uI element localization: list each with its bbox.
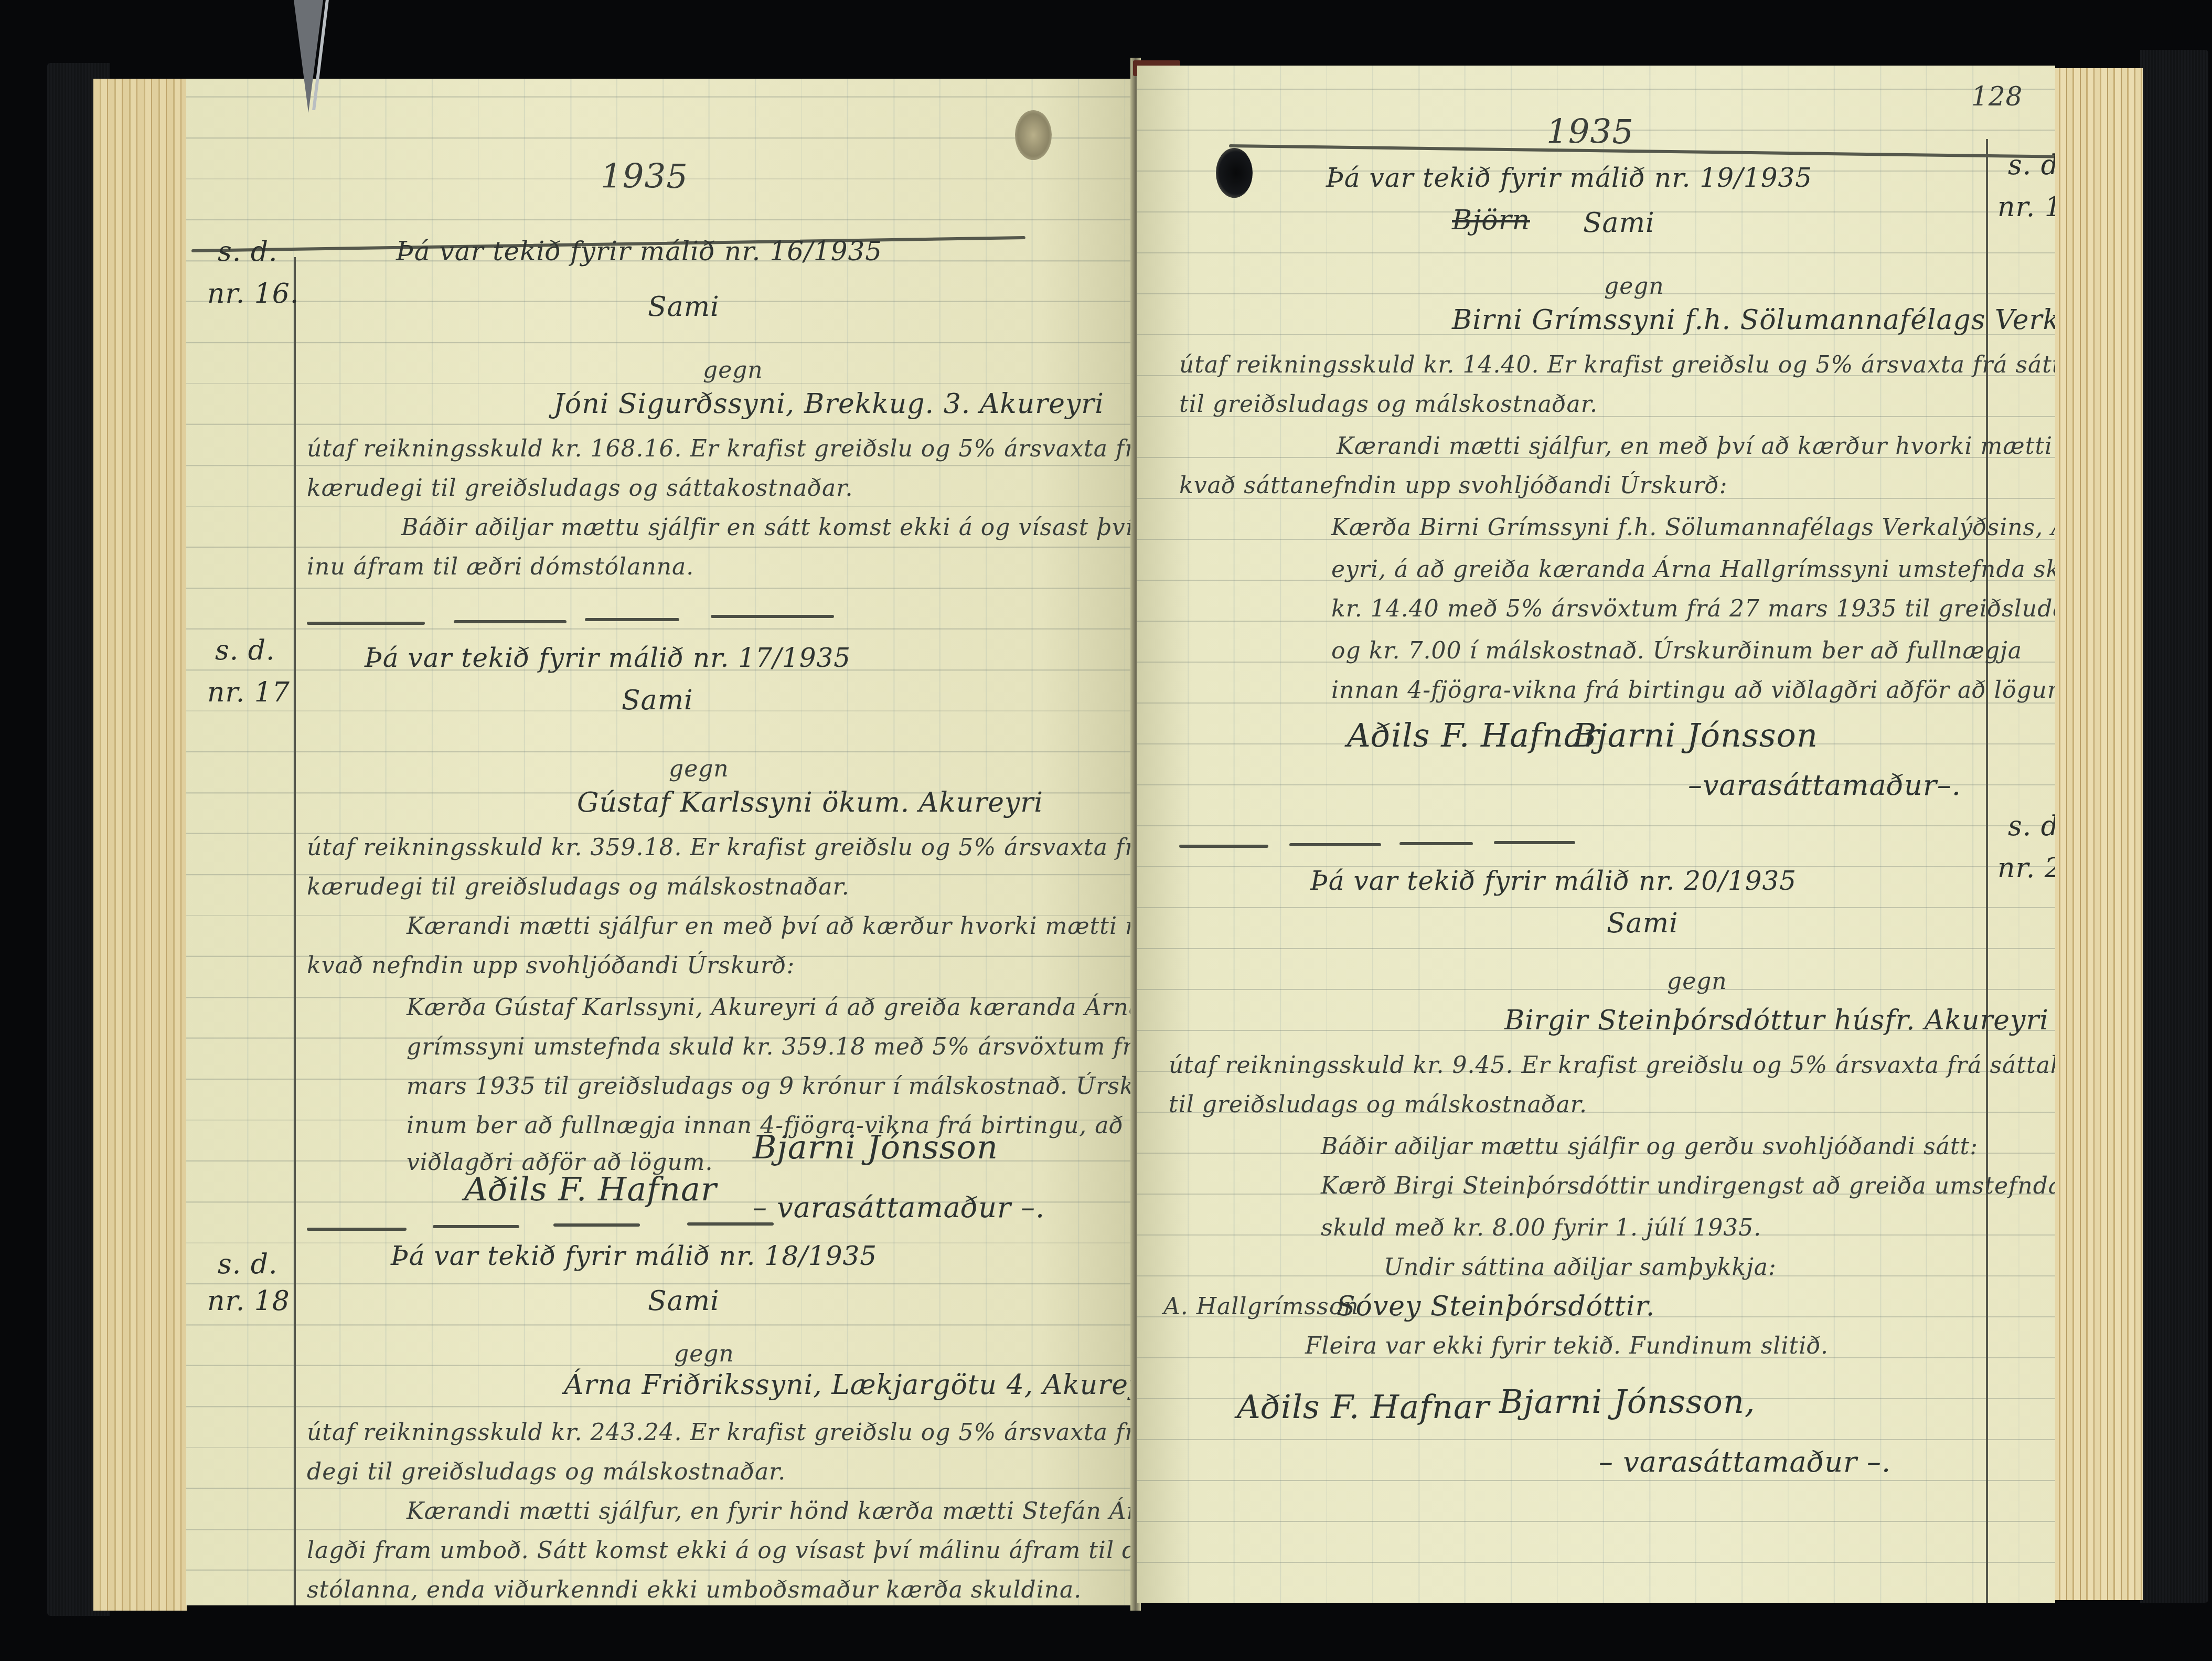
case-text-line: Undir sáttina aðiljar samþykkja: <box>1384 1254 1777 1281</box>
against-label: gegn <box>1604 273 1664 300</box>
case-text-line: og kr. 7.00 í málskostnað. Úrskurðinum b… <box>1331 637 2022 664</box>
party-signature-defendant: Sóvey Steinþórsdóttir. <box>1337 1291 1655 1322</box>
case-text-line: Kærandi mætti sjálfur, en fyrir hönd kær… <box>407 1498 1136 1525</box>
case-title: Þá var tekið fyrir málið nr. 16/1935 <box>396 236 882 267</box>
case-text-line: lagði fram umboð. Sátt komst ekki á og v… <box>307 1537 1136 1564</box>
case-text-line: útaf reikningsskuld kr. 359.18. Er krafi… <box>307 834 1136 861</box>
margin-case-number: nr. 16. <box>207 278 299 310</box>
case-text-line: útaf reikningsskuld kr. 168.16. Er krafi… <box>307 435 1136 462</box>
left-page: 1935 s. d. nr. 16. Þá var tekið fyrir má… <box>186 79 1136 1605</box>
case-title: Þá var tekið fyrir málið nr. 19/1935 <box>1326 163 1812 193</box>
case-text-line: stólanna, enda viðurkenndi ekki umboðsma… <box>307 1577 1082 1603</box>
punch-hole <box>1015 110 1052 160</box>
case-text-line: útaf reikningsskuld kr. 243.24. Er krafi… <box>307 1419 1136 1446</box>
signature-role: –varasáttamaður–. <box>1688 769 1961 802</box>
case-title: Þá var tekið fyrir málið nr. 18/1935 <box>391 1241 877 1271</box>
case-text-line: útaf reikningsskuld kr. 14.40. Er krafis… <box>1179 352 2055 378</box>
plaintiff: Sami <box>622 685 693 716</box>
case-title: Þá var tekið fyrir málið nr. 20/1935 <box>1310 866 1797 896</box>
margin-case-number: nr. 17 <box>207 677 290 708</box>
defendant: Birgir Steinþórsdóttur húsfr. Akureyri <box>1504 1005 2049 1036</box>
separator-dash <box>1179 845 1268 848</box>
case-text-line: inu áfram til æðri dómstólanna. <box>307 553 694 580</box>
punch-hole <box>1216 148 1253 198</box>
right-page: 128 1935 s. d. nr. 19. Þá var tekið fyri… <box>1137 66 2055 1603</box>
defendant: Gústaf Karlssyni ökum. Akureyri <box>577 787 1043 818</box>
margin-date: s. d. <box>2008 811 2055 842</box>
separator-dash <box>711 615 834 618</box>
separator-dash <box>454 620 567 623</box>
case-text-line: Kærð Birgi Steinþórsdóttir undirgengst a… <box>1321 1173 2055 1199</box>
margin-column-line <box>294 257 296 1605</box>
case-text-line: Kærandi mætti sjálfur, en með því að kær… <box>1337 433 2055 460</box>
year-heading: 1935 <box>601 157 688 196</box>
case-text-line: degi til greiðsludags og málskostnaðar. <box>307 1458 786 1485</box>
book-cover-right <box>2140 50 2208 1603</box>
margin-date: s. d. <box>218 1249 278 1280</box>
ruled-lines <box>1137 66 2055 1603</box>
signature-chairman: Aðils F. Hafnar <box>1237 1388 1490 1426</box>
case-text-line: mars 1935 til greiðsludags og 9 krónur í… <box>407 1073 1136 1100</box>
separator-dash <box>1289 843 1381 846</box>
signature-role: – varasáttamaður –. <box>753 1191 1045 1224</box>
case-text-line: Báðir aðiljar mættu sjálfir og gerðu svo… <box>1321 1133 1978 1160</box>
separator-dash <box>1494 841 1575 844</box>
separator-dash <box>687 1222 774 1226</box>
against-label: gegn <box>674 1340 734 1367</box>
margin-date: s. d. <box>218 236 278 268</box>
page-number: 128 <box>1971 81 2023 112</box>
case-text-line: innan 4-fjögra-vikna frá birtingu að við… <box>1331 677 2055 704</box>
closing-note: Fleira var ekki fyrir tekið. Fundinum sl… <box>1305 1333 1829 1359</box>
plaintiff: Sami <box>1583 207 1655 239</box>
case-text-line: grímssyni umstefnda skuld kr. 359.18 með… <box>407 1034 1136 1060</box>
plaintiff: Sami <box>1607 908 1679 939</box>
case-text-line: kærudegi til greiðsludags og málskostnað… <box>307 874 850 900</box>
page-stack-left <box>93 79 187 1611</box>
page-stack-right <box>2054 68 2143 1600</box>
signature-deputy: Bjarni Jónsson <box>753 1128 998 1166</box>
separator-dash <box>307 1228 407 1231</box>
party-signature-plaintiff: A. Hallgrímsson <box>1163 1293 1359 1320</box>
case-text-line: útaf reikningsskuld kr. 9.45. Er krafist… <box>1169 1052 2055 1079</box>
margin-date: s. d. <box>215 635 275 666</box>
case-text-line: Kærða Birni Grímssyni f.h. Sölumannaféla… <box>1331 514 2055 541</box>
case-text-line: Báðir aðiljar mættu sjálfir en sátt koms… <box>401 514 1136 541</box>
case-text-line: kr. 14.40 með 5% ársvöxtum frá 27 mars 1… <box>1331 595 2055 622</box>
margin-case-number: nr. 20 <box>1997 853 2055 884</box>
margin-case-number: nr. 18 <box>207 1285 290 1317</box>
margin-date: s. d. <box>2008 150 2055 181</box>
case-title: Þá var tekið fyrir málið nr. 17/1935 <box>365 643 851 673</box>
separator-dash <box>307 622 425 625</box>
signature-deputy: Bjarni Jónsson, <box>1499 1382 1756 1421</box>
case-text-line: kvað nefndin upp svohljóðandi Úrskurð: <box>307 952 795 979</box>
case-text-line: kærudegi til greiðsludags og sáttakostna… <box>307 475 853 502</box>
separator-dash <box>585 618 679 621</box>
signature-chairman: Aðils F. Hafnar <box>1347 716 1600 754</box>
plaintiff: Sami <box>648 1285 720 1317</box>
defendant: Jóni Sigurðssyni, Brekkug. 3. Akureyri <box>553 388 1104 420</box>
signature-role: – varasáttamaður –. <box>1599 1445 1891 1478</box>
margin-case-number: nr. 19. <box>1997 191 2055 223</box>
against-label: gegn <box>703 357 763 384</box>
plaintiff: Sami <box>648 291 720 323</box>
case-text-line: skuld með kr. 8.00 fyrir 1. júlí 1935. <box>1321 1215 1761 1241</box>
separator-dash <box>433 1225 519 1228</box>
signature-deputy: Bjarni Jónsson <box>1573 716 1818 754</box>
year-heading: 1935 <box>1546 113 1634 152</box>
against-label: gegn <box>669 755 729 782</box>
separator-dash <box>553 1223 640 1227</box>
signature-chairman: Aðils F. Hafnar <box>464 1170 717 1208</box>
struck-name: Björn <box>1452 205 1530 236</box>
case-text-line: kvað sáttanefndin upp svohljóðandi Úrsku… <box>1179 472 1728 499</box>
defendant: Árna Friðrikssyni, Lækjargötu 4, Akureyr… <box>564 1369 1136 1401</box>
case-text-line: til greiðsludags og málskostnaðar. <box>1169 1091 1587 1118</box>
case-text-line: eyri, á að greiða kæranda Árna Hallgríms… <box>1331 556 2055 583</box>
case-text-line: Kærða Gústaf Karlssyni, Akureyri á að gr… <box>407 994 1136 1021</box>
separator-dash <box>1399 842 1473 845</box>
case-text-line: til greiðsludags og málskostnaðar. <box>1179 391 1598 418</box>
defendant: Birni Grímssyni f.h. Sölumannafélags Ver… <box>1452 304 2055 336</box>
case-text-line: Kærandi mætti sjálfur en með því að kærð… <box>407 913 1136 940</box>
against-label: gegn <box>1667 968 1727 995</box>
